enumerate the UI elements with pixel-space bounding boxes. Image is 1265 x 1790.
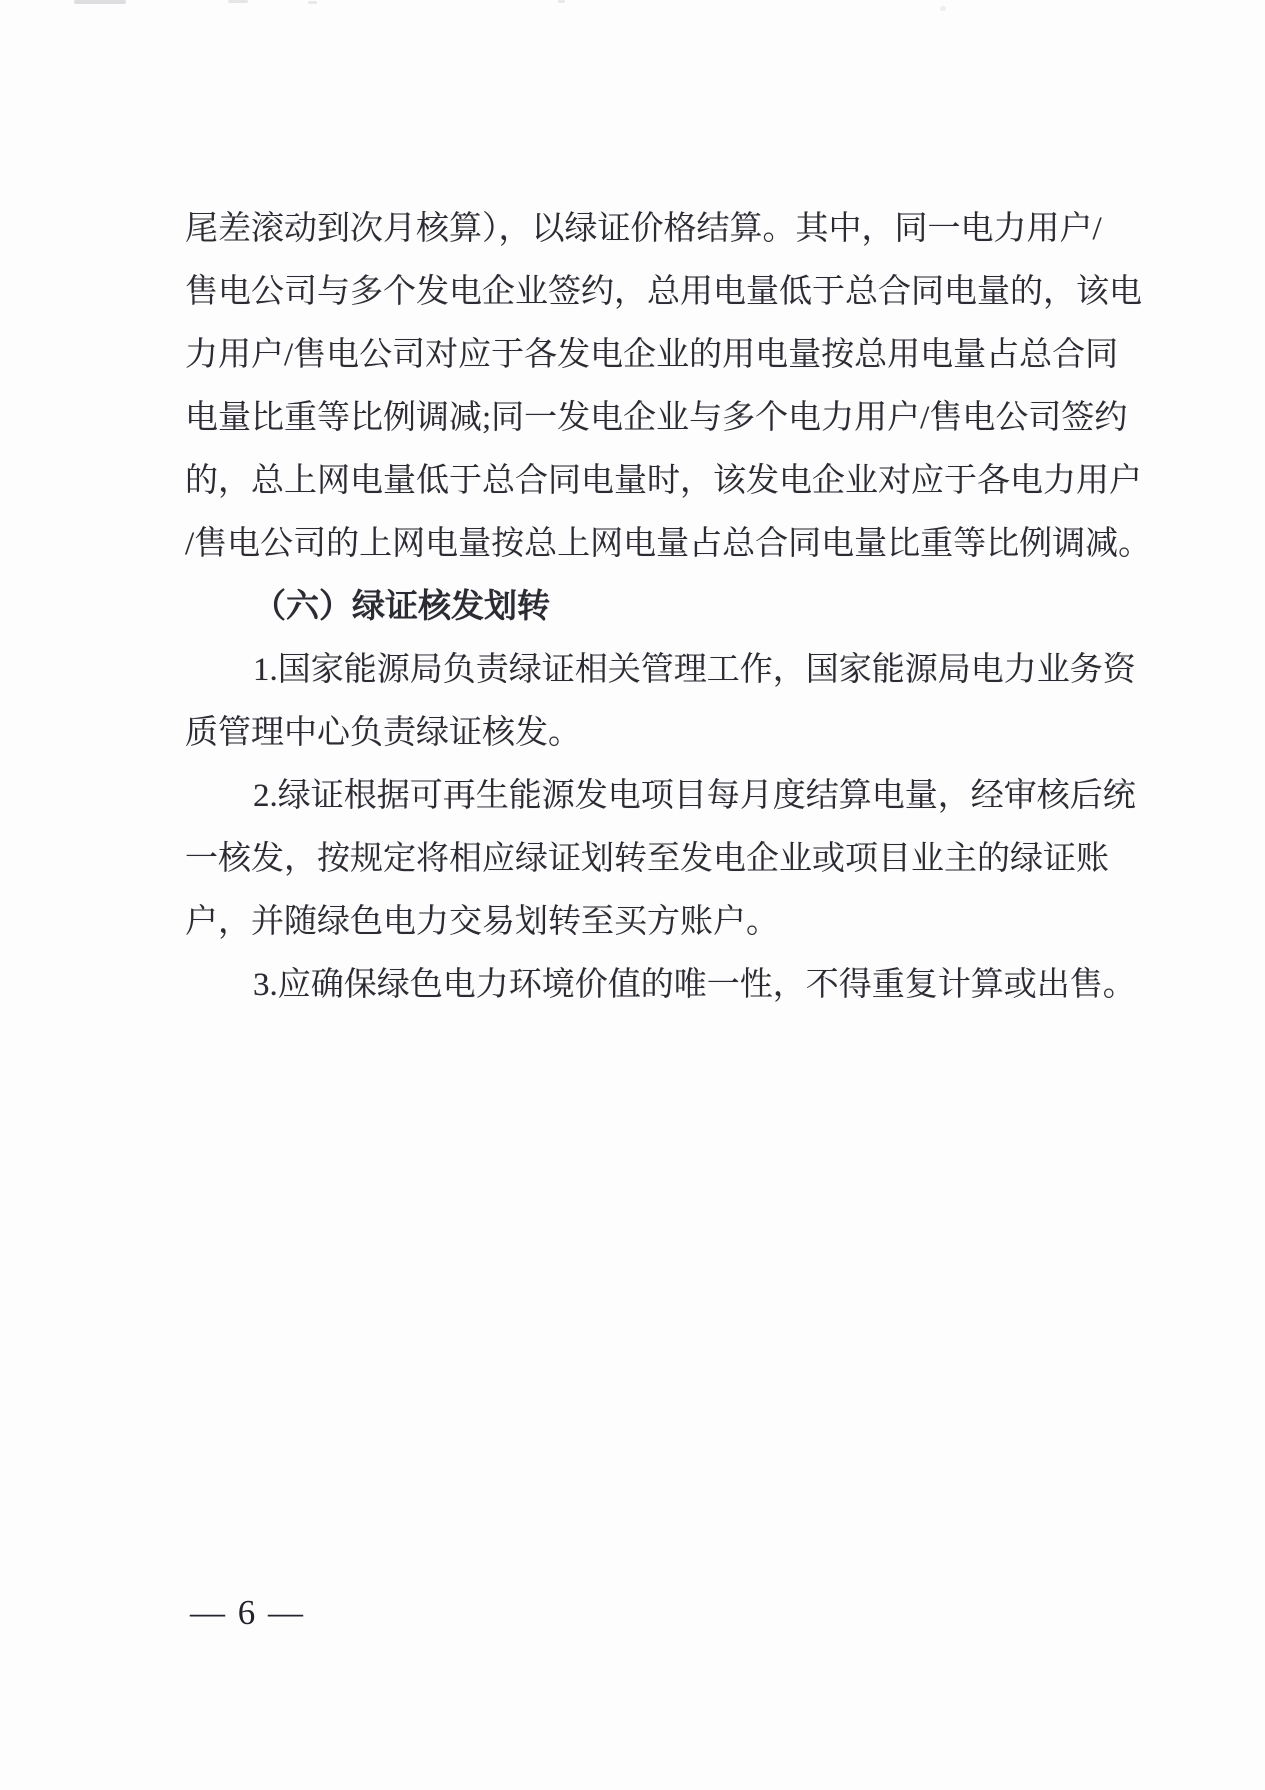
body-line: 一核发，按规定将相应绿证划转至发电企业或项目业主的绿证账 bbox=[185, 828, 1133, 891]
document-page: 尾差滚动到次月核算），以绿证价格结算。其中，同一电力用户/售电公司与多个发电企业… bbox=[0, 0, 1265, 1790]
body-line: 力用户/售电公司对应于各发电企业的用电量按总用电量占总合同 bbox=[185, 324, 1133, 387]
body-line: 户，并随绿色电力交易划转至买方账户。 bbox=[185, 891, 1133, 954]
body-line: 售电公司与多个发电企业签约，总用电量低于总合同电量的，该电 bbox=[185, 261, 1133, 324]
body-line: 电量比重等比例调减;同一发电企业与多个电力用户/售电公司签约 bbox=[185, 387, 1133, 450]
scan-artifact bbox=[228, 0, 248, 3]
body-line: 1.国家能源局负责绿证相关管理工作，国家能源局电力业务资 bbox=[185, 639, 1133, 702]
section-heading: （六）绿证核发划转 bbox=[185, 576, 1133, 639]
body-line: 3.应确保绿色电力环境价值的唯一性，不得重复计算或出售。 bbox=[185, 954, 1133, 1017]
document-body: 尾差滚动到次月核算），以绿证价格结算。其中，同一电力用户/售电公司与多个发电企业… bbox=[185, 198, 1133, 1017]
scan-artifact bbox=[558, 0, 565, 3]
page-number: — 6 — bbox=[190, 1581, 305, 1644]
body-line: 的，总上网电量低于总合同电量时，该发电企业对应于各电力用户 bbox=[185, 450, 1133, 513]
body-line: /售电公司的上网电量按总上网电量占总合同电量比重等比例调减。 bbox=[185, 513, 1133, 576]
body-line: 尾差滚动到次月核算），以绿证价格结算。其中，同一电力用户/ bbox=[185, 198, 1133, 261]
scan-artifact bbox=[308, 1, 317, 4]
body-line: 2.绿证根据可再生能源发电项目每月度结算电量，经审核后统 bbox=[185, 765, 1133, 828]
scan-artifact bbox=[940, 6, 946, 11]
scan-artifact bbox=[74, 0, 126, 4]
body-line: 质管理中心负责绿证核发。 bbox=[185, 702, 1133, 765]
